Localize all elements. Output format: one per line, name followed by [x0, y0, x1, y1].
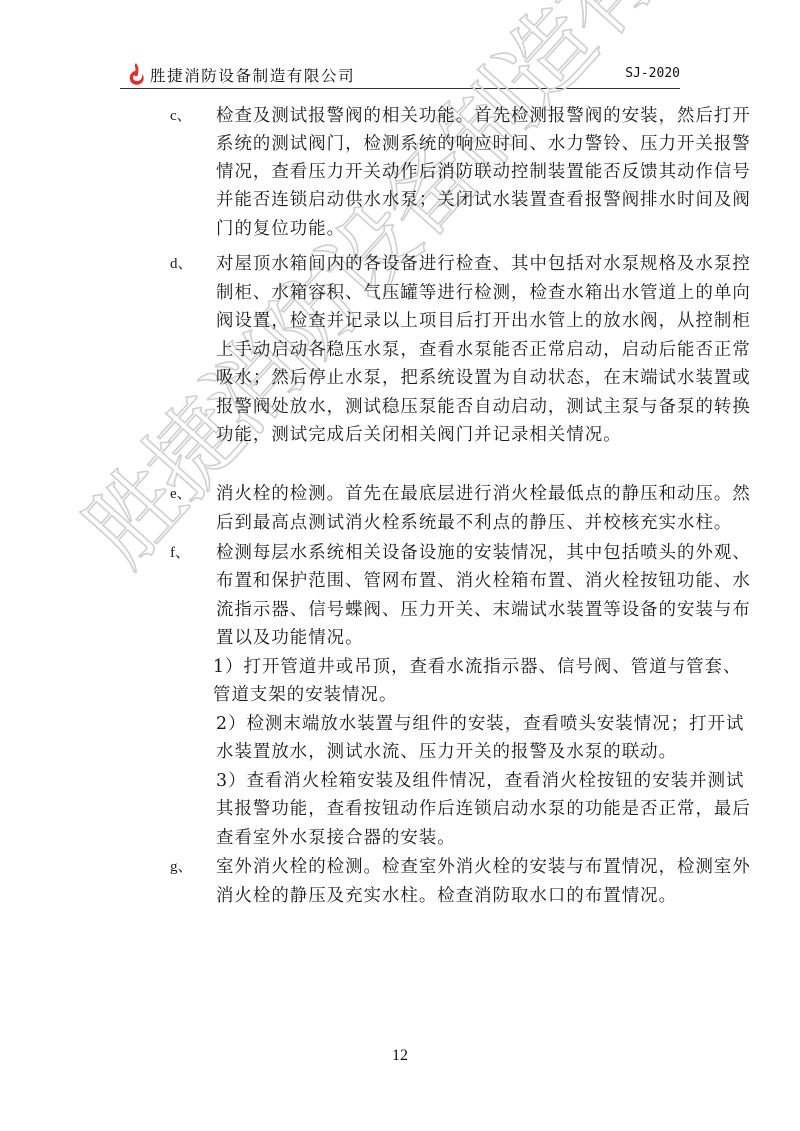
- item-label: f、: [170, 542, 190, 564]
- text-line: 报警阀处放水，测试稳压泵能否自动启动，测试主泵与备泵的转换: [216, 396, 751, 418]
- text-line: 查看室外水泵接合器的安装。: [216, 827, 456, 849]
- text-line: 1）打开管道井或吊顶，查看水流指示器、信号阀、管道与管套、: [213, 656, 741, 678]
- item-label: e、: [170, 483, 192, 505]
- item-label: c、: [170, 105, 192, 127]
- item-label: d、: [170, 253, 193, 275]
- text-line: 制柜、水箱容积、气压罐等进行检测，检查水箱出水管道上的单向: [216, 282, 751, 304]
- text-line: 功能，测试完成后关闭相关阀门并记录相关情况。: [216, 424, 622, 446]
- text-line: 布置和保护范围、管网布置、消火栓箱布置、消火栓按钮功能、水: [216, 570, 751, 592]
- text-line: 水装置放水，测试水流、压力开关的报警及水泵的联动。: [216, 741, 677, 763]
- text-line: 情况，查看压力开关动作后消防联动控制装置能否反馈其动作信号: [216, 161, 751, 183]
- text-line: 检查及测试报警阀的相关功能。首先检测报警阀的安装，然后打开: [216, 105, 751, 127]
- text-line: 室外消火栓的检测。检查室外消火栓的安装与布置情况，检测室外: [216, 856, 751, 878]
- text-line: 后到最高点测试消火栓系统最不利点的静压、并校核充实水柱。: [216, 512, 732, 534]
- item-label: g、: [170, 856, 193, 878]
- text-line: 置以及功能情况。: [216, 627, 364, 649]
- text-line: 门的复位功能。: [216, 218, 345, 240]
- text-line: 并能否连锁启动供水水泵；关闭试水装置查看报警阀排水时间及阀: [216, 189, 751, 211]
- text-line: 上手动启动各稳压水泵，查看水泵能否正常启动，启动后能否正常: [216, 339, 751, 361]
- text-line: 系统的测试阀门，检测系统的响应时间、水力警铃、压力开关报警: [216, 133, 751, 155]
- text-line: 管道支架的安装情况。: [213, 684, 397, 706]
- text-line: 流指示器、信号蝶阀、压力开关、末端试水装置等设备的安装与布: [216, 599, 751, 621]
- text-line: 对屋顶水箱间内的各设备进行检查、其中包括对水泵规格及水泵控: [216, 253, 751, 275]
- text-line: 其报警功能，查看按钮动作后连锁启动水泵的功能是否正常，最后: [216, 798, 751, 820]
- text-line: 阀设置，检查并记录以上项目后打开出水管上的放水阀，从控制柜: [216, 310, 751, 332]
- text-line: 2）检测末端放水装置与组件的安装，查看喷头安装情况；打开试: [216, 713, 744, 735]
- text-line: 3）查看消火栓箱安装及组件情况，查看消火栓按钮的安装并测试: [216, 770, 744, 792]
- text-line: 检测每层水系统相关设备设施的安装情况，其中包括喷头的外观、: [216, 542, 751, 564]
- document-body: c、 检查及测试报警阀的相关功能。首先检测报警阀的安装，然后打开 系统的测试阀门…: [0, 0, 800, 1131]
- text-line: 消火栓的静压及充实水柱。检查消防取水口的布置情况。: [216, 885, 677, 907]
- text-line: 吸水；然后停止水泵，把系统设置为自动状态，在末端试水装置或: [216, 367, 751, 389]
- text-line: 消火栓的检测。首先在最底层进行消火栓最低点的静压和动压。然: [216, 483, 751, 505]
